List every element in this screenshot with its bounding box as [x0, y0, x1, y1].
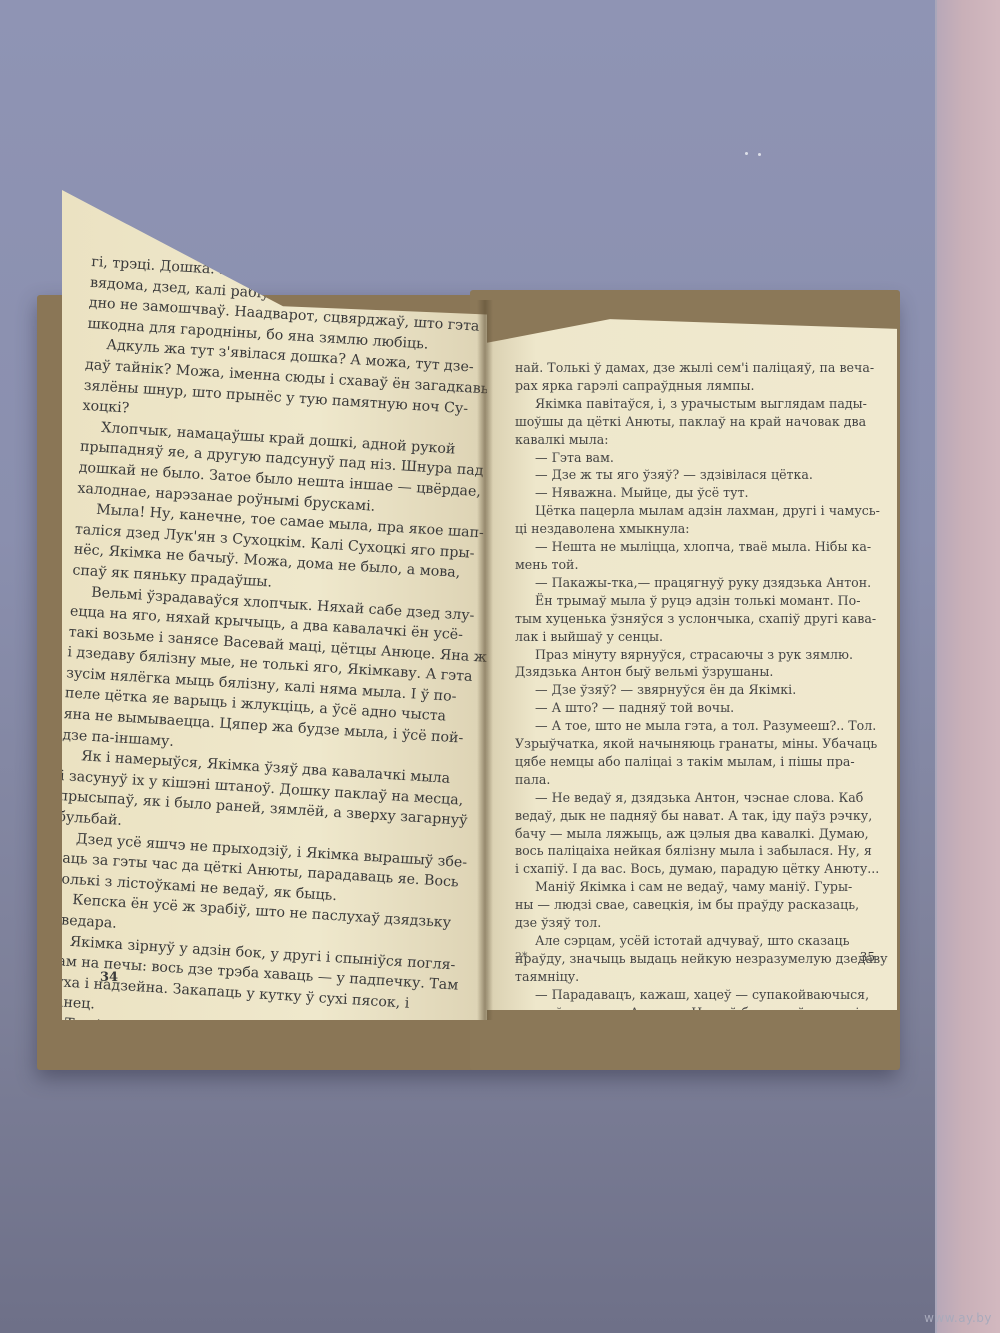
text-line: — Няважна. Мыйце, ды ўсё тут. [515, 484, 865, 502]
book-gutter [477, 300, 493, 1020]
right-page-text: най. Толькі ў дамах, дзе жылі сем'і палі… [515, 359, 865, 1010]
text-line: Маніў Якімка і сам не ведаў, чаму маніў.… [515, 878, 865, 896]
text-line: бачу — мыла ляжыць, аж цэлыя два кавалкі… [515, 825, 865, 843]
text-line: дзе ўзяў тол. [515, 914, 865, 932]
text-line: Праз мінуту вярнуўся, страсаючы з рук зя… [515, 646, 865, 664]
left-page: гі, трэці. Дошка. Гэта было нечакана. На… [62, 190, 487, 1020]
page-number-right: 35 [860, 950, 875, 964]
text-line: вось паліцаіха нейкая бялізну мыла і заб… [515, 842, 865, 860]
text-line: — А што? — падняў той вочы. [515, 699, 865, 717]
dust-speck [745, 152, 748, 155]
text-line: Якімка павітаўся, і, з урачыстым выгляда… [515, 395, 865, 413]
signature-mark: 2* [515, 950, 528, 963]
right-page: най. Толькі ў дамах, дзе жылі сем'і палі… [487, 315, 897, 1010]
text-line: пала. [515, 771, 865, 789]
text-line: Узрыўчатка, якой начыняюць гранаты, міны… [515, 735, 865, 753]
text-line: тым хуценька ўзняўся з услончыка, схапіў… [515, 610, 865, 628]
text-line: — Не ведаў я, дзядзька Антон, чэснае сло… [515, 789, 865, 807]
watermark: www.ay.by [924, 1311, 992, 1325]
text-line: — А тое, што не мыла гэта, а тол. Разуме… [515, 717, 865, 735]
text-line: і схапіў. І да вас. Вось, думаю, парадую… [515, 860, 865, 878]
text-line: Дзядзька Антон быў вельмі ўзрушаны. [515, 663, 865, 681]
text-line: — Нешта не мыліцца, хлопча, тваё мыла. Н… [515, 538, 865, 556]
page-number-left: 34 [100, 970, 118, 985]
text-line: Цётка пацерла мылам адзін лахман, другі … [515, 502, 865, 520]
text-line: праўду, значыць выдаць нейкую незразумел… [515, 950, 865, 968]
left-page-text: гі, трэці. Дошка. Гэта было нечакана. На… [62, 252, 486, 1020]
text-line: най. Толькі ў дамах, дзе жылі сем'і палі… [515, 359, 865, 377]
dust-speck [758, 153, 761, 156]
text-line: — Дзе ж ты яго ўзяў? — здзівілася цётка. [515, 466, 865, 484]
text-line: ці нездаволена хмыкнула: [515, 520, 865, 538]
text-line: шоўшы да цёткі Анюты, паклаў на край нач… [515, 413, 865, 431]
text-line: ведаў, дык не падняў бы нават. А так, ід… [515, 807, 865, 825]
text-line: — Дзе ўзяў? — звярнуўся ён да Якімкі. [515, 681, 865, 699]
text-line: лак і выйшаў у сенцы. [515, 628, 865, 646]
text-line: — Пакажы-тка,— працягнуў руку дзядзька А… [515, 574, 865, 592]
text-line: — Гэта вам. [515, 449, 865, 467]
text-line: мень той. [515, 556, 865, 574]
text-line: Ён трымаў мыла ў руцэ адзін толькі моман… [515, 592, 865, 610]
text-line: спытаў дзядзька Антон.— Не дай бог такой… [515, 1004, 865, 1010]
text-line: кавалкі мыла: [515, 431, 865, 449]
text-line: Але сэрцам, усёй істотай адчуваў, што ск… [515, 932, 865, 950]
text-line: цябе немцы або паліцаі з такім мылам, і … [515, 753, 865, 771]
text-line: — Парадавацъ, кажаш, хацеў — супакойваюч… [515, 986, 865, 1004]
text-line: рах ярка гарэлі сапраўдныя лямпы. [515, 377, 865, 395]
text-line: таямніцу. [515, 968, 865, 986]
background-pink-object [935, 0, 1000, 1333]
text-line: ны — людзі свае, савецкія, ім бы праўду … [515, 896, 865, 914]
